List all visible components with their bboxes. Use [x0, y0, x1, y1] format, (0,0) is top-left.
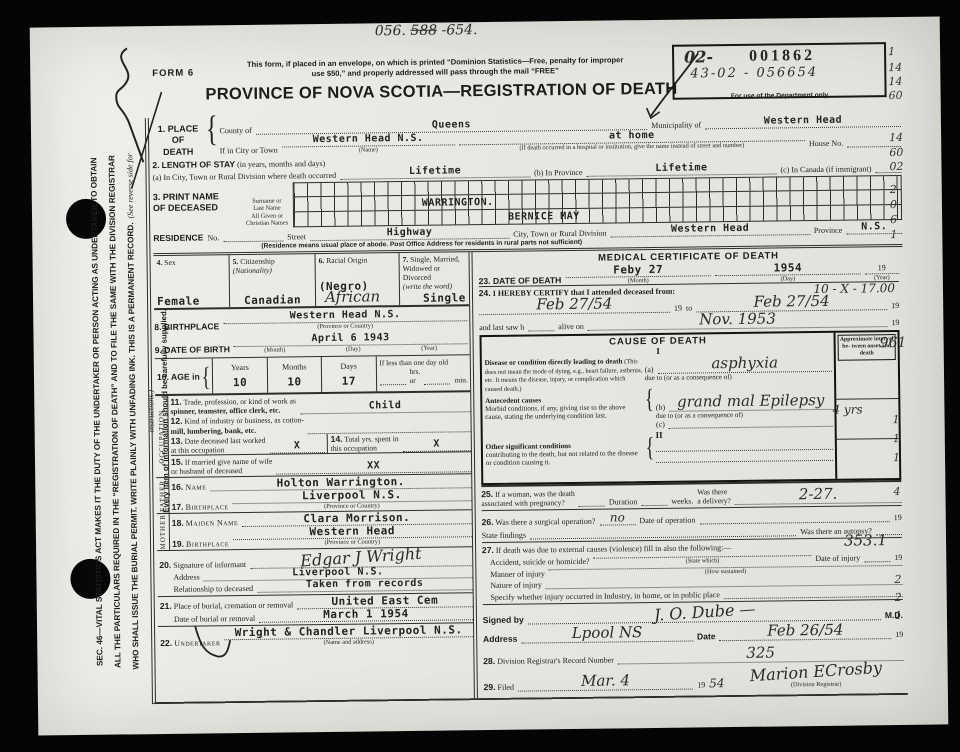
section-age: 10. AGE in Years 10 Months 10 Days [155, 354, 470, 394]
medical-certificate-column: MEDICAL CERTIFICATE OF DEATH 23. DATE OF… [468, 247, 908, 699]
brace [202, 364, 211, 388]
undertaker-block: 22. Undertaker Wright & Chandler Liverpo… [158, 622, 473, 650]
brace [645, 434, 654, 472]
signature-date: Feb 26/54 [767, 620, 843, 639]
age-years-cell: Years 10 [212, 358, 267, 394]
section-external-causes: 27. If death was due to external causes … [482, 537, 903, 604]
stay-province-label: (b) In Province [534, 168, 583, 178]
pen-stroke [116, 48, 144, 162]
findings-field [530, 527, 797, 539]
autopsy-field [876, 526, 902, 535]
cause-a-field: asphyxia [711, 353, 778, 372]
section3-label: 3. PRINT NAME OF DECEASED [153, 183, 242, 229]
interval-b-value: 4 yrs [832, 404, 862, 416]
margin-code: 1 [888, 45, 895, 58]
mother-birthplace-row: 19. Birthplace Western Head (Province or… [172, 525, 472, 549]
section-operation: 26. Was there a surgical operation? no D… [481, 505, 902, 542]
brace [206, 115, 218, 166]
informant-relationship-field: Taken from records [257, 578, 472, 593]
duration-field [641, 497, 667, 506]
page-title: PROVINCE OF NOVA SCOTIA—REGISTRATION OF … [158, 79, 724, 105]
city-town-label: If in City or Town [220, 146, 278, 156]
municipality-field: Western Head [705, 115, 901, 129]
age-months-field: 10 [268, 376, 322, 388]
left-margin-statute: SEC. 46—VITAL STATISTICS ACT MAKES IT TH… [83, 148, 155, 675]
given-names-field: BERNICE MAY [508, 212, 580, 223]
margin-code: 14 [888, 61, 902, 74]
record-number-field: 325 [746, 643, 775, 661]
handwritten-registration-number: 43-02 - 056654 [674, 64, 884, 81]
age-months-cell: Months 10 [266, 357, 321, 393]
citizenship-cell: 5. Citizenship(Nationality) Canadian [230, 254, 317, 307]
municipality-label: Municipality of [651, 120, 701, 130]
last-worked-field: X [269, 441, 324, 454]
margin-code: 60 [889, 89, 903, 102]
informant-signature: Edgar J Wright [300, 546, 422, 570]
age-days-cell: Days 17 [321, 357, 376, 393]
cause-b-field: grand mal Epilepsy [677, 391, 824, 411]
surname-field: WARRINGTON. [422, 198, 494, 209]
father-vertical-label: FATHER [156, 478, 169, 513]
section-spouse: 15. If married give name of wifeor husba… [171, 451, 471, 476]
informant-block: 20. Signature of informant Edgar J Wrigh… [157, 546, 472, 596]
injury-location-field [724, 588, 903, 599]
other-conditions-field [656, 441, 833, 452]
residence-province-field: N.S. [846, 222, 902, 235]
department-registration-box: 02- 001862 43-02 - 056654 For use of the… [672, 42, 887, 100]
age-hours-cell: If less than one day old hrs. ormin. [375, 355, 470, 391]
stay-province-field: Lifetime [586, 162, 776, 176]
burial-date-field: March 1 1954 [259, 607, 473, 623]
nature-of-injury-field [546, 576, 903, 589]
interval-cell [837, 439, 899, 479]
marital-status-field: Single [403, 292, 466, 304]
stay-city-field: Lifetime [340, 165, 530, 179]
attended-from-field: Feb 27/54 [536, 294, 612, 313]
sex-cell: 4. Sex Female [154, 255, 231, 308]
stay-canada-label: (c) In Canada (if immigrant) [780, 164, 871, 174]
spouse-field: XX [276, 460, 471, 474]
residence-label: RESIDENCE [153, 232, 203, 243]
operation-date-field [699, 513, 889, 524]
antecedent-cause-block: Antecedent causes Morbid conditions, if … [485, 392, 833, 430]
burial-block: 21. Place of burial, cremation or remova… [158, 592, 473, 626]
marital-status-cell: 7. Single, Married,Widowed or Divorced(w… [399, 252, 468, 305]
filed-date-field: Mar. 4 [581, 671, 630, 690]
scanned-death-certificate: { "header": { "form_no": "FORM 6", "note… [0, 0, 960, 752]
top-handwritten-code: 056. 588 -654. [375, 23, 478, 38]
physician-signature: J. O. Dube — [653, 601, 755, 624]
county-label: County of [219, 126, 251, 135]
interval-cell: 4 yrs [836, 399, 898, 440]
surname-label: Surname or Last Name [241, 197, 293, 213]
pregnancy-field [579, 498, 605, 507]
racial-origin-handwritten: African [325, 289, 396, 305]
registration-form: 1. PLACE OF DEATH County of Queens Munic… [145, 109, 908, 704]
physician-address: Lpool NS [572, 623, 643, 642]
stamped-registration-number: 001862 [749, 47, 815, 66]
other-conditions-block: Other significant conditions contributin… [486, 438, 834, 467]
age-days-field: 17 [322, 376, 376, 388]
interval-header: Approximate interval be- tween onset and… [838, 334, 896, 360]
section1-label: 1. PLACE OF DEATH [152, 123, 204, 157]
last-seen-alive-field: Nov. 1953 [699, 309, 776, 328]
mother-vertical-label: MOTHER [157, 514, 170, 550]
other-conditions-field [656, 452, 833, 463]
citizenship-field: Canadian [233, 294, 312, 306]
direct-cause-block: Disease or condition directly leading to… [485, 355, 833, 394]
interval-cell [836, 360, 898, 401]
mailing-instructions: This form, if placed in an envelope, on … [198, 55, 672, 81]
cause-of-death-box: CAUSE OF DEATH I Disease or condition di… [479, 330, 901, 485]
given-names-label: All Given or Christian Names [241, 212, 293, 228]
racial-origin-cell: 6. Racial Origin (Negro) African [315, 253, 400, 306]
mother-block: MOTHER 18. Maiden Name Clara Morrison. 1… [157, 510, 472, 550]
sex-field: Female [157, 295, 226, 307]
filed-year-field: 54 [709, 677, 724, 689]
district-code: 02- [684, 49, 713, 65]
section2-label: LENGTH OF STAY [162, 159, 236, 170]
age-years-field: 10 [213, 377, 267, 389]
house-no-label: House No. [809, 139, 843, 148]
brace [645, 386, 654, 437]
father-birthplace-row: 17. Birthplace Liverpool N.S. (Province … [171, 488, 471, 512]
cause-c-field [669, 417, 833, 428]
margin-code: 14 [888, 75, 902, 88]
father-block: FATHER 16. Name Holton Warrington. 17. B… [156, 473, 471, 513]
house-no-field [847, 138, 901, 148]
stay-canada-field [875, 164, 901, 173]
personal-particulars-column: 4. Sex Female 5. Citizenship(Nationality… [154, 252, 474, 702]
physician-signature-block: Signed by J. O. Dube — M.D. Address Lpoo… [483, 599, 904, 646]
occupation-vertical-label: OCCUPATION [155, 396, 169, 477]
section-date-of-birth: 9. DATE OF BIRTH April 6 1943 (Month) (D… [154, 329, 469, 356]
delivery-field: 2-27. [799, 485, 838, 503]
death-certificate-document: FORM 6 056. 588 -654. This form, if plac… [30, 16, 949, 735]
attendance-annotation: 10 - X - 17.00 [813, 282, 895, 295]
section-filed: 29. Filed Mar. 4 19 54 Marion ECrosby (D… [483, 663, 904, 692]
total-years-field: X [403, 439, 471, 452]
struck-number: 588 [410, 23, 437, 39]
department-box-caption: For use of the Department only [675, 91, 885, 101]
form-number: FORM 6 [152, 68, 194, 80]
injury-date-field [864, 554, 890, 563]
section-name-of-deceased: 3. PRINT NAME OF DECEASED Surname or Las… [153, 175, 902, 229]
section-attendance: 10 - X - 17.00 24. I HEREBY CERTIFY that… [479, 281, 900, 332]
occupation-block: OCCUPATION 11. Trade, profession, or kin… [155, 390, 471, 477]
section-4-to-7: 4. Sex Female 5. Citizenship(Nationality… [154, 252, 469, 310]
stay-city-label: (a) In City, Town or Rural Division wher… [152, 171, 336, 182]
operation-field: no [610, 511, 625, 525]
interval-column: Approximate interval be- tween onset and… [833, 332, 899, 479]
